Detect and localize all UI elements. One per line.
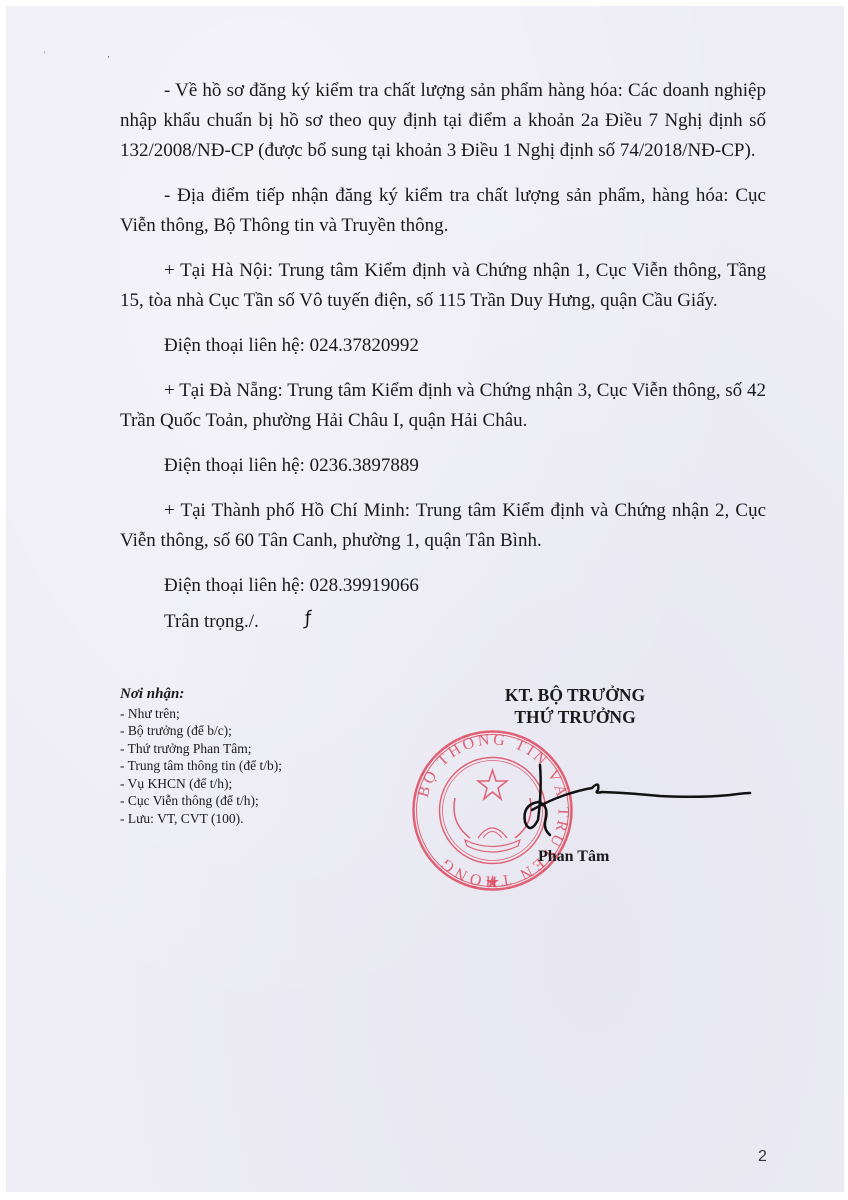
recipients-block: Nơi nhận: - Như trên; - Bộ trưởng (để b/… (120, 686, 282, 827)
recipient-item: - Cục Viễn thông (để t/h); (120, 792, 282, 810)
recipient-item: - Bộ trưởng (để b/c); (120, 722, 282, 740)
paragraph-hanoi-phone: Điện thoại liên hệ: 024.37820992 (120, 331, 766, 361)
closing-text: Trân trọng./. (164, 611, 259, 632)
recipient-item: - Như trên; (120, 705, 282, 723)
signer-name: Phan Tâm (538, 848, 609, 866)
scan-specks: ' , (44, 50, 139, 59)
paragraph-registration-location: - Địa điểm tiếp nhận đăng ký kiểm tra ch… (120, 181, 766, 241)
initial-mark-icon: ƒ (259, 604, 313, 641)
paragraph-hcmc-phone: Điện thoại liên hệ: 028.39919066 (120, 571, 766, 601)
handwritten-signature-icon (520, 760, 770, 850)
signer-title-block: KT. BỘ TRƯỞNG THỨ TRƯỞNG (470, 684, 680, 728)
paragraph-danang-phone: Điện thoại liên hệ: 0236.3897889 (120, 451, 766, 481)
recipient-item: - Thứ trưởng Phan Tâm; (120, 740, 282, 758)
paragraph-hanoi-address: + Tại Hà Nội: Trung tâm Kiểm định và Chứ… (120, 256, 766, 316)
page-number: 2 (758, 1148, 767, 1166)
paragraph-hcmc-address: + Tại Thành phố Hồ Chí Minh: Trung tâm K… (120, 496, 766, 556)
signer-line-1: KT. BỘ TRƯỞNG (470, 684, 680, 706)
closing-line: Trân trọng./.ƒ (120, 607, 766, 637)
recipient-item: - Trung tâm thông tin (để t/b); (120, 757, 282, 775)
recipient-item: - Vụ KHCN (để t/h); (120, 775, 282, 793)
recipient-item: - Lưu: VT, CVT (100). (120, 810, 282, 828)
document-body: - Về hồ sơ đăng ký kiểm tra chất lượng s… (120, 76, 766, 637)
paragraph-danang-address: + Tại Đà Nẵng: Trung tâm Kiểm định và Ch… (120, 376, 766, 436)
signer-line-2: THỨ TRƯỞNG (470, 706, 680, 728)
paragraph-registration-dossier: - Về hồ sơ đăng ký kiểm tra chất lượng s… (120, 76, 766, 166)
recipients-title: Nơi nhận: (120, 686, 282, 704)
